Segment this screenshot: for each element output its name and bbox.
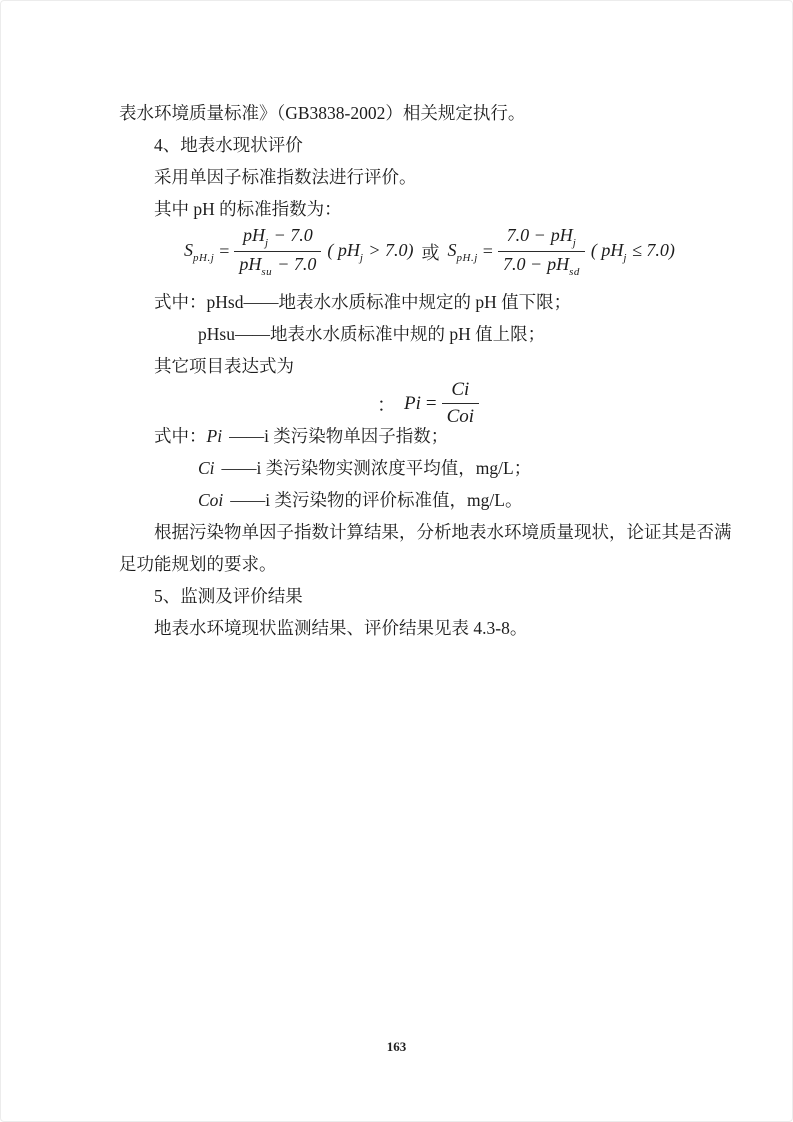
paragraph-continuation: 表水环境质量标准》（GB3838-2002）相关规定执行。 xyxy=(119,102,679,124)
term-phsd-desc: ——地表水水质标准中规定的 pH 值下限； xyxy=(243,292,571,312)
term-coi-desc: ——i 类污染物的评价标准值，mg/L。 xyxy=(230,490,522,510)
term-phsu: pHsu xyxy=(198,324,235,344)
term-phsd: pHsd xyxy=(207,292,244,312)
term-ci: Ci xyxy=(198,458,215,478)
term-coi: Coi xyxy=(198,490,223,510)
method-sentence: 采用单因子标准指数法进行评价。 xyxy=(119,166,714,188)
formula-rhs: SpH.j xyxy=(448,240,478,264)
heading-section-5: 5、监测及评价结果 xyxy=(119,585,714,607)
where-coi-line: Coi——i 类污染物的评价标准值，mg/L。 xyxy=(119,489,758,511)
fraction-1: pHj− 7.0 pHsu− 7.0 xyxy=(234,225,321,278)
where-phsu-line: pHsu——地表水水质标准中规的 pH 值上限； xyxy=(119,323,758,345)
equals-sign: = xyxy=(219,241,229,262)
where-prefix: 式中： xyxy=(154,426,207,446)
where-pi-line: 式中：Pi——i 类污染物单因子指数； xyxy=(119,425,714,447)
pi-lhs: Pi xyxy=(404,393,421,415)
heading-section-4: 4、地表水现状评价 xyxy=(119,134,714,156)
fraction: Ci Coi xyxy=(442,379,479,428)
term-pi: Pi xyxy=(207,426,223,446)
conclusion-line-1: 根据污染物单因子指数计算结果，分析地表水环境质量现状，论证其是否满 xyxy=(119,521,714,543)
pi-formula: ： Pi = Ci Coi xyxy=(369,379,479,428)
result-reference-sentence: 地表水环境现状监测结果、评价结果见表 4.3-8。 xyxy=(119,617,714,639)
where-ci-line: Ci——i 类污染物实测浓度平均值，mg/L； xyxy=(119,457,758,479)
or-text: 或 xyxy=(422,239,440,265)
where-prefix: 式中： xyxy=(154,292,207,312)
leading-colon: ： xyxy=(377,390,396,417)
equals-sign-2: = xyxy=(483,241,493,262)
conclusion-line-2: 足功能规划的要求。 xyxy=(119,553,679,575)
ph-standard-index-formula: SpH.j = pHj− 7.0 pHsu− 7.0 ( pHj> 7.0) 或… xyxy=(184,225,675,278)
where-phsd-line: 式中：pHsd——地表水水质标准中规定的 pH 值下限； xyxy=(119,291,714,313)
document-page: 表水环境质量标准》（GB3838-2002）相关规定执行。 4、地表水现状评价 … xyxy=(0,0,793,1122)
formula-lhs: SpH.j xyxy=(184,240,214,264)
fraction-2: 7.0 −pHj 7.0 −pHsd xyxy=(498,225,585,278)
condition-1: ( pHj> 7.0) xyxy=(327,240,413,264)
term-ci-desc: ——i 类污染物实测浓度平均值，mg/L； xyxy=(222,458,532,478)
ph-intro-sentence: 其中 pH 的标准指数为： xyxy=(119,198,714,220)
equals-sign: = xyxy=(426,393,437,415)
term-pi-desc: ——i 类污染物单因子指数； xyxy=(229,426,448,446)
other-expression-intro: 其它项目表达式为 xyxy=(119,355,714,377)
page-number: 163 xyxy=(1,1039,792,1055)
term-phsu-desc: ——地表水水质标准中规的 pH 值上限； xyxy=(235,324,545,344)
condition-2: ( pHj≤ 7.0) xyxy=(591,240,675,264)
